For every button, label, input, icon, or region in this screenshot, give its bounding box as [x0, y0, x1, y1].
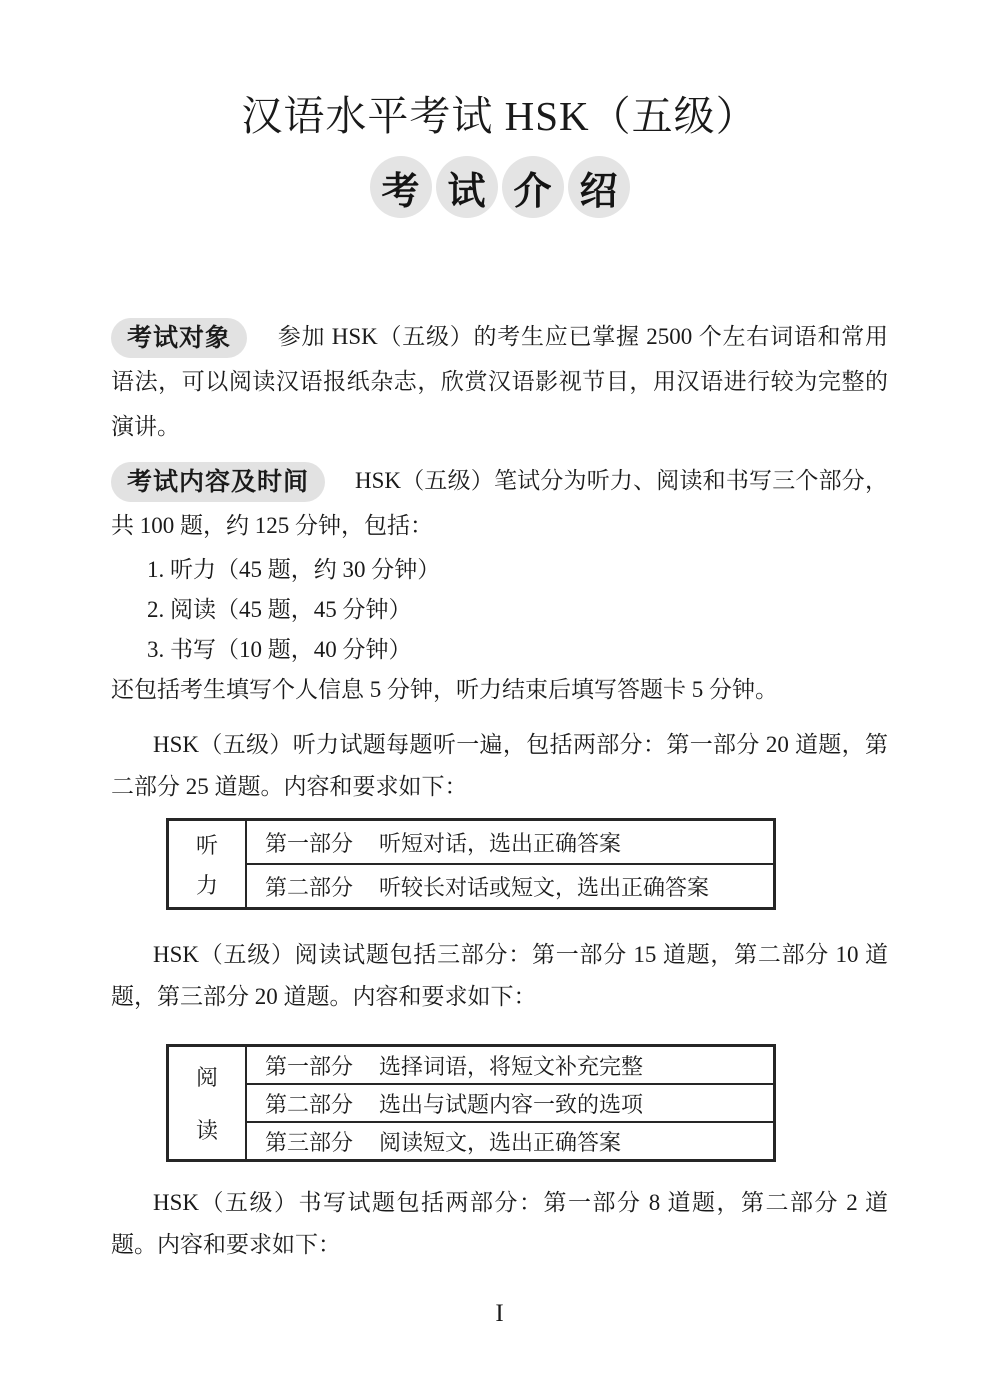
part-label: 第三部分	[265, 1130, 353, 1155]
table-row: 听 力 第一部分听短对话，选出正确答案	[168, 820, 775, 865]
list-item-writing: 3. 书写（10 题，40 分钟）	[147, 630, 888, 670]
part-desc: 阅读短文，选出正确答案	[379, 1130, 621, 1155]
table-row: 第二部分听较长对话或短文，选出正确答案	[168, 864, 775, 909]
vertical-header-text: 阅 读	[169, 1050, 245, 1156]
part-label: 第二部分	[265, 1092, 353, 1117]
table-cell: 第二部分选出与试题内容一致的选项	[246, 1084, 775, 1122]
table-cell: 第一部分选择词语，将短文补充完整	[246, 1046, 775, 1085]
vertical-header-text: 听 力	[169, 824, 245, 904]
part-desc: 听较长对话或短文，选出正确答案	[379, 875, 709, 900]
list-item-listening: 1. 听力（45 题，约 30 分钟）	[147, 550, 888, 590]
header-char: 读	[196, 1114, 218, 1145]
exam-target-badge: 考试对象	[111, 318, 247, 358]
table-cell: 第三部分阅读短文，选出正确答案	[246, 1122, 775, 1161]
part-label: 第一部分	[265, 831, 353, 856]
listening-paragraph: HSK（五级）听力试题每题听一遍，包括两部分：第一部分 20 道题，第二部分 2…	[111, 724, 888, 808]
subtitle-char-circle: 试	[436, 156, 498, 218]
part-desc: 选择词语，将短文补充完整	[379, 1054, 643, 1079]
table-cell: 第一部分听短对话，选出正确答案	[246, 820, 775, 865]
reading-table-header: 阅 读	[168, 1046, 247, 1161]
page-number: I	[0, 1300, 999, 1328]
writing-paragraph: HSK（五级）书写试题包括两部分：第一部分 8 道题，第二部分 2 道题。内容和…	[111, 1182, 888, 1266]
list-item-reading: 2. 阅读（45 题，45 分钟）	[147, 590, 888, 630]
header-char: 力	[196, 869, 218, 900]
subtitle-char-circle: 考	[370, 156, 432, 218]
subtitle-char-circle: 介	[502, 156, 564, 218]
table-cell: 第二部分听较长对话或短文，选出正确答案	[246, 864, 775, 909]
section-exam-target: 考试对象参加 HSK（五级）的考生应已掌握 2500 个左右词语和常用语法，可以…	[111, 314, 888, 449]
extra-time-note: 还包括考生填写个人信息 5 分钟，听力结束后填写答题卡 5 分钟。	[111, 670, 888, 710]
subtitle-circle-badges: 考 试 介 绍	[0, 156, 999, 218]
document-body: 考试对象参加 HSK（五级）的考生应已掌握 2500 个左右词语和常用语法，可以…	[111, 314, 888, 1266]
table-row: 阅 读 第一部分选择词语，将短文补充完整	[168, 1046, 775, 1085]
document-page: 汉语水平考试 HSK（五级） 考 试 介 绍 考试对象参加 HSK（五级）的考生…	[0, 0, 999, 1400]
reading-parts-table: 阅 读 第一部分选择词语，将短文补充完整 第二部分选出与试题内容一致的选项	[166, 1044, 776, 1162]
exam-parts-list: 1. 听力（45 题，约 30 分钟） 2. 阅读（45 题，45 分钟） 3.…	[147, 550, 888, 670]
table-row: 第三部分阅读短文，选出正确答案	[168, 1122, 775, 1161]
part-desc: 听短对话，选出正确答案	[379, 831, 621, 856]
content-time-badge: 考试内容及时间	[111, 462, 325, 502]
listening-parts-table: 听 力 第一部分听短对话，选出正确答案 第二部分听较长对话或短文，选出正确答案	[166, 818, 776, 910]
reading-paragraph: HSK（五级）阅读试题包括三部分：第一部分 15 道题，第二部分 10 道题，第…	[111, 934, 888, 1018]
page-title: 汉语水平考试 HSK（五级）	[0, 88, 999, 144]
part-label: 第二部分	[265, 875, 353, 900]
part-label: 第一部分	[265, 1054, 353, 1079]
table-row: 第二部分选出与试题内容一致的选项	[168, 1084, 775, 1122]
listening-table-header: 听 力	[168, 820, 247, 909]
header-char: 阅	[196, 1061, 218, 1092]
header-char: 听	[196, 829, 218, 860]
section-content-time: 考试内容及时间HSK（五级）笔试分为听力、阅读和书写三个部分，共 100 题，约…	[111, 458, 888, 548]
part-desc: 选出与试题内容一致的选项	[379, 1092, 643, 1117]
subtitle-char-circle: 绍	[568, 156, 630, 218]
